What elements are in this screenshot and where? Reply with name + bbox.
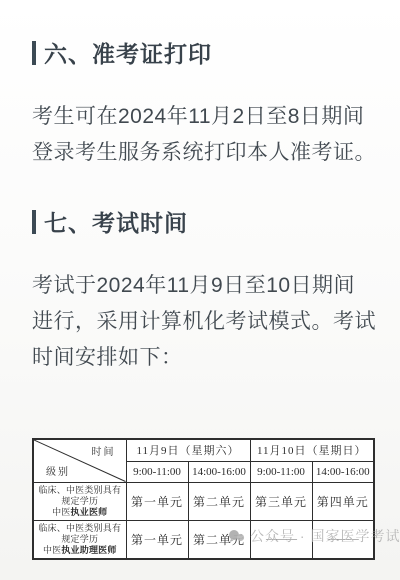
table-row-dates: 时间 级别 11月9日（星期六） 11月10日（星期日） (33, 439, 374, 461)
unit-cell: 第二单元 (188, 482, 250, 520)
date-header-sunday: 11月10日（星期日） (250, 439, 374, 461)
level-label-prefix: 中医 (52, 507, 70, 517)
level-label-bold: 执业医师 (71, 507, 108, 517)
level-label: 临床、中医类别具有规定学历 中医执业助理医师 (33, 520, 126, 559)
watermark-text: 公众号 · 国家医学考试中心 (250, 526, 400, 546)
section-paragraph: 考试于2024年11月9日至10日期间进行，采用计算机化考试模式。考试时间安排如… (32, 268, 376, 376)
level-label-prefix: 中医 (43, 545, 61, 555)
notice-document: 六、准考证打印 考生可在2024年11月2日至8日期间登录考生服务系统打印本人准… (0, 0, 400, 376)
time-header: 9:00-11:00 (126, 461, 188, 482)
corner-header-cell: 时间 级别 (33, 439, 126, 482)
unit-cell: 第一单元 (126, 482, 188, 520)
section-heading-7: 七、考试时间 (32, 205, 372, 238)
section-paragraph: 考生可在2024年11月2日至8日期间登录考生服务系统打印本人准考证。 (32, 99, 376, 171)
corner-label-level: 级别 (46, 463, 70, 478)
level-label-bold: 执业助理医师 (61, 545, 116, 555)
date-header-saturday: 11月9日（星期六） (126, 439, 250, 461)
unit-cell: 第四单元 (312, 482, 374, 520)
section-title: 七、考试时间 (44, 205, 188, 238)
section-title: 六、准考证打印 (44, 36, 212, 69)
corner-label-time: 时间 (92, 443, 116, 458)
watermark: 公众号 · 国家医学考试中心 (228, 526, 400, 546)
level-label: 临床、中医类别具有规定学历 中医执业医师 (33, 482, 126, 520)
section-heading-6: 六、准考证打印 (32, 36, 372, 69)
table-row-practicing-physician: 临床、中医类别具有规定学历 中医执业医师 第一单元 第二单元 第三单元 第四单元 (33, 482, 374, 520)
wechat-official-account-icon (228, 529, 245, 543)
time-header: 14:00-16:00 (188, 461, 250, 482)
heading-accent-bar (32, 210, 36, 234)
unit-cell: 第三单元 (250, 482, 312, 520)
time-header: 14:00-16:00 (312, 461, 374, 482)
heading-accent-bar (32, 41, 36, 65)
level-label-line1: 临床、中医类别具有规定学历 (38, 523, 121, 544)
unit-cell: 第一单元 (126, 520, 188, 559)
level-label-line1: 临床、中医类别具有规定学历 (38, 485, 121, 506)
time-header: 9:00-11:00 (250, 461, 312, 482)
